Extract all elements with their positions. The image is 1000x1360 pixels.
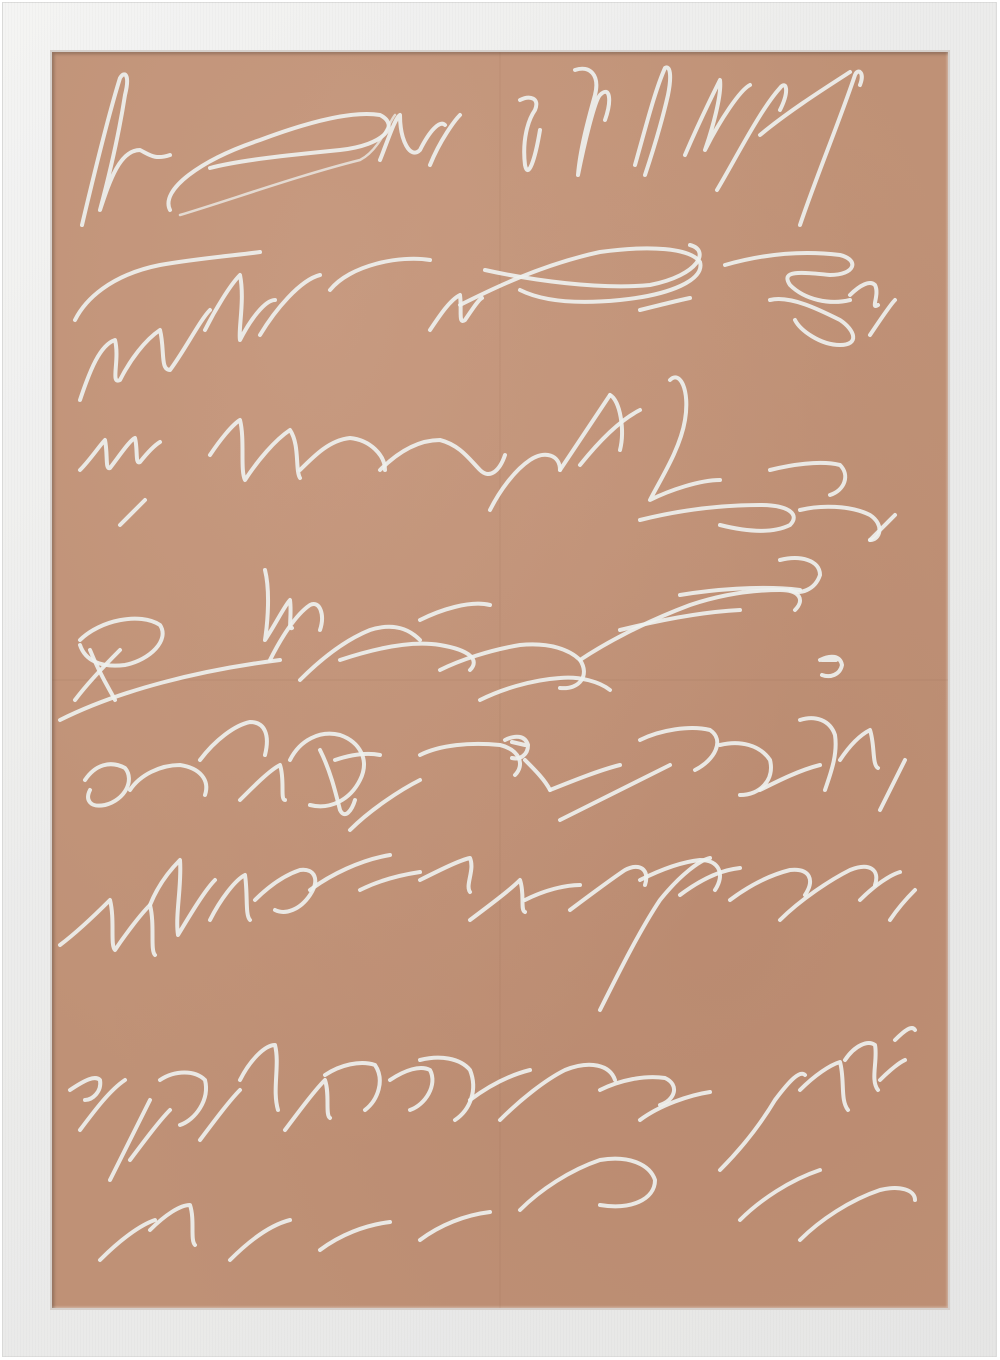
asemic-script-strokes (52, 52, 948, 1308)
kraft-paper-artwork: Framed asemic calligraphy: white hand-dr… (52, 52, 948, 1308)
